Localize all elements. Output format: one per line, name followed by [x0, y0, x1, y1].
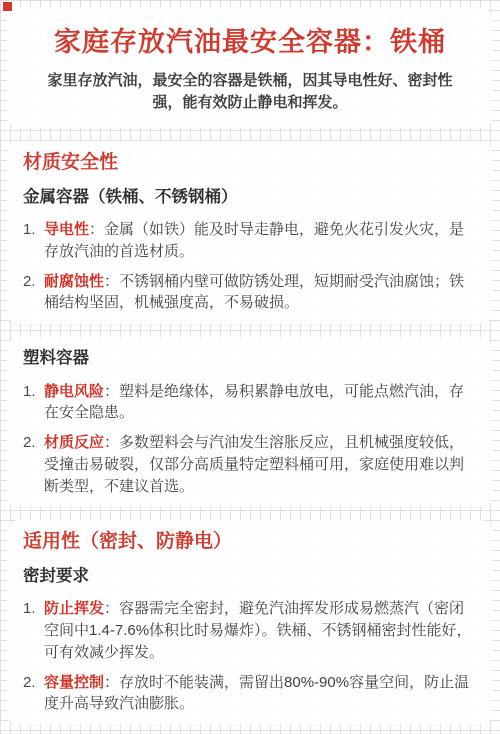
item-separator: ：: [89, 221, 104, 238]
item-separator: ：: [104, 273, 119, 290]
plastic-list: 1. 静电风险：塑料是绝缘体，易积累静电放电，可能点燃汽油，存在安全隐患。 2.…: [23, 381, 477, 498]
item-content: 容量控制：存放时不能装满，需留出80%-90%容量空间，防止温度升高导致汽油膨胀…: [44, 672, 477, 716]
corner-mark: [3, 2, 12, 11]
item-term: 耐腐蚀性: [44, 273, 104, 290]
item-separator: ：: [104, 674, 119, 691]
item-number: 2.: [23, 672, 44, 716]
section-card-plastic-containers: 塑料容器 1. 静电风险：塑料是绝缘体，易积累静电放电，可能点燃汽油，存在安全隐…: [7, 337, 493, 507]
item-number: 2.: [23, 271, 44, 315]
page-subtitle: 家里存放汽油，最安全的容器是铁桶，因其导电性好、密封性强，能有效防止静电和挥发。: [44, 70, 456, 114]
list-item: 2. 容量控制：存放时不能装满，需留出80%-90%容量空间，防止温度升高导致汽…: [23, 672, 477, 716]
item-number: 1.: [23, 219, 44, 263]
subheading-sealing-requirements: 密封要求: [23, 566, 477, 587]
section-card-material-safety: 材质安全性 金属容器（铁桶、不锈钢桶） 1. 导电性：金属（如铁）能及时导走静电…: [7, 141, 493, 324]
list-item: 1. 防止挥发：容器需完全密封，避免汽油挥发形成易燃蒸汽（密闭空间中1.4-7.…: [23, 598, 477, 663]
list-item: 2. 耐腐蚀性：不锈钢桶内壁可做防锈处理，短期耐受汽油腐蚀；铁桶结构坚固，机械强…: [23, 271, 477, 315]
item-term: 材质反应: [44, 434, 104, 451]
item-separator: ：: [104, 434, 119, 451]
section-heading-applicability: 适用性（密封、防静电）: [23, 530, 477, 554]
subheading-metal-containers: 金属容器（铁桶、不锈钢桶）: [23, 187, 477, 208]
item-content: 防止挥发：容器需完全密封，避免汽油挥发形成易燃蒸汽（密闭空间中1.4-7.6%体…: [44, 598, 477, 663]
list-item: 1. 静电风险：塑料是绝缘体，易积累静电放电，可能点燃汽油，存在安全隐患。: [23, 381, 477, 425]
item-content: 静电风险：塑料是绝缘体，易积累静电放电，可能点燃汽油，存在安全隐患。: [44, 381, 477, 425]
section-card-applicability: 适用性（密封、防静电） 密封要求 1. 防止挥发：容器需完全密封，避免汽油挥发形…: [7, 520, 493, 725]
infographic-page: 家庭存放汽油最安全容器：铁桶 家里存放汽油，最安全的容器是铁桶，因其导电性好、密…: [0, 0, 500, 734]
list-item: 1. 导电性：金属（如铁）能及时导走静电，避免火花引发火灾，是存放汽油的首选材质…: [23, 219, 477, 263]
section-heading-material-safety: 材质安全性: [23, 151, 477, 175]
sealing-list: 1. 防止挥发：容器需完全密封，避免汽油挥发形成易燃蒸汽（密闭空间中1.4-7.…: [23, 598, 477, 715]
item-number: 2.: [23, 432, 44, 497]
item-number: 1.: [23, 598, 44, 663]
metal-list: 1. 导电性：金属（如铁）能及时导走静电，避免火花引发火灾，是存放汽油的首选材质…: [23, 219, 477, 314]
item-number: 1.: [23, 381, 44, 425]
item-term: 静电风险: [44, 383, 104, 400]
list-item: 2. 材质反应：多数塑料会与汽油发生溶胀反应，且机械强度较低，受撞击易破裂，仅部…: [23, 432, 477, 497]
item-term: 防止挥发: [44, 600, 104, 617]
item-term: 容量控制: [44, 674, 104, 691]
item-separator: ：: [104, 383, 119, 400]
header-card: 家庭存放汽油最安全容器：铁桶 家里存放汽油，最安全的容器是铁桶，因其导电性好、密…: [7, 8, 493, 128]
page-title: 家庭存放汽油最安全容器：铁桶: [33, 26, 467, 58]
item-term: 导电性: [44, 221, 89, 238]
item-content: 导电性：金属（如铁）能及时导走静电，避免火花引发火灾，是存放汽油的首选材质。: [44, 219, 477, 263]
item-content: 耐腐蚀性：不锈钢桶内壁可做防锈处理，短期耐受汽油腐蚀；铁桶结构坚固，机械强度高，…: [44, 271, 477, 315]
item-text: 金属（如铁）能及时导走静电，避免火花引发火灾，是存放汽油的首选材质。: [44, 221, 464, 260]
subheading-plastic-containers: 塑料容器: [23, 348, 477, 369]
item-content: 材质反应：多数塑料会与汽油发生溶胀反应，且机械强度较低，受撞击易破裂，仅部分高质…: [44, 432, 477, 497]
item-separator: ：: [104, 600, 119, 617]
